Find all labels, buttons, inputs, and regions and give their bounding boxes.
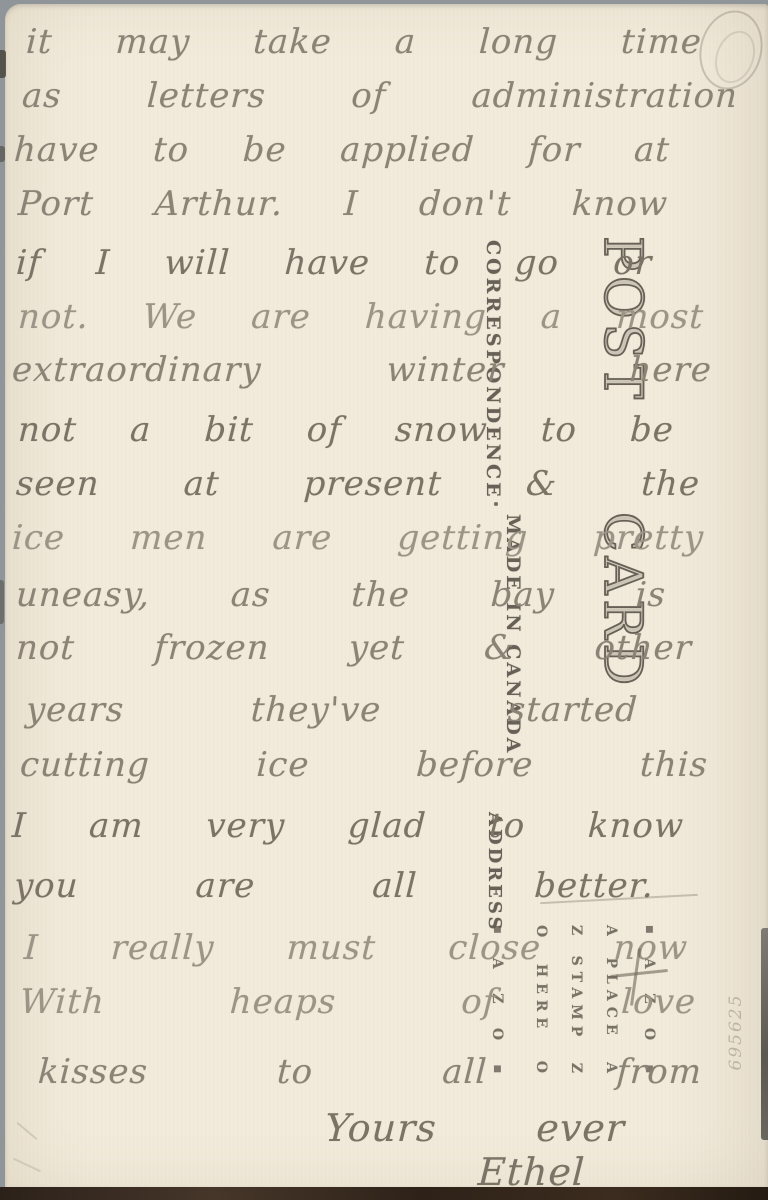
card-bottom-edge [0,1187,768,1200]
signature-name: Ethel [477,1150,649,1196]
card-edge-notch [0,50,6,78]
card-edge-shadow [761,928,768,1140]
handwritten-line: With heaps of love [19,982,697,1023]
handwritten-line: not a bit of snow to be [17,410,675,451]
card-edge-notch [0,146,5,162]
handwritten-line: ice men are getting pretty [11,518,705,559]
handwritten-line: kisses to all from [37,1052,703,1093]
handwritten-line: I am very glad to know [11,806,685,847]
handwritten-line: Port Arthur. I don't know [17,184,669,225]
handwritten-line: not frozen yet & other [15,628,693,669]
stamp-box-letter: O [489,1028,505,1040]
handwritten-line: years they've started [25,690,639,731]
handwritten-line: if I will have to go or [15,243,653,284]
card-edge-notch [0,580,4,624]
stamp-box-letter: O [641,1028,657,1040]
handwritten-line: as letters of administration [21,76,739,117]
handwritten-line: uneasy, as the bay is [15,575,667,616]
edge-number: 695625 [726,972,746,1092]
handwritten-line: not. We are having a most [17,297,705,338]
handwritten-line: seen at present & the [15,464,701,505]
handwritten-line: cutting ice before this [19,745,709,786]
handwritten-line: have to be applied for at [13,130,671,171]
signature-closing: Yours ever [324,1106,626,1152]
handwritten-line: extraordinary winter here [11,350,713,391]
handwritten-line: it may take a long time [25,22,703,63]
handwritten-line: I really must close now [23,928,689,969]
postcard-scan: POST CARD CORRESPONDENCE MADE IN CANADA … [0,0,768,1200]
